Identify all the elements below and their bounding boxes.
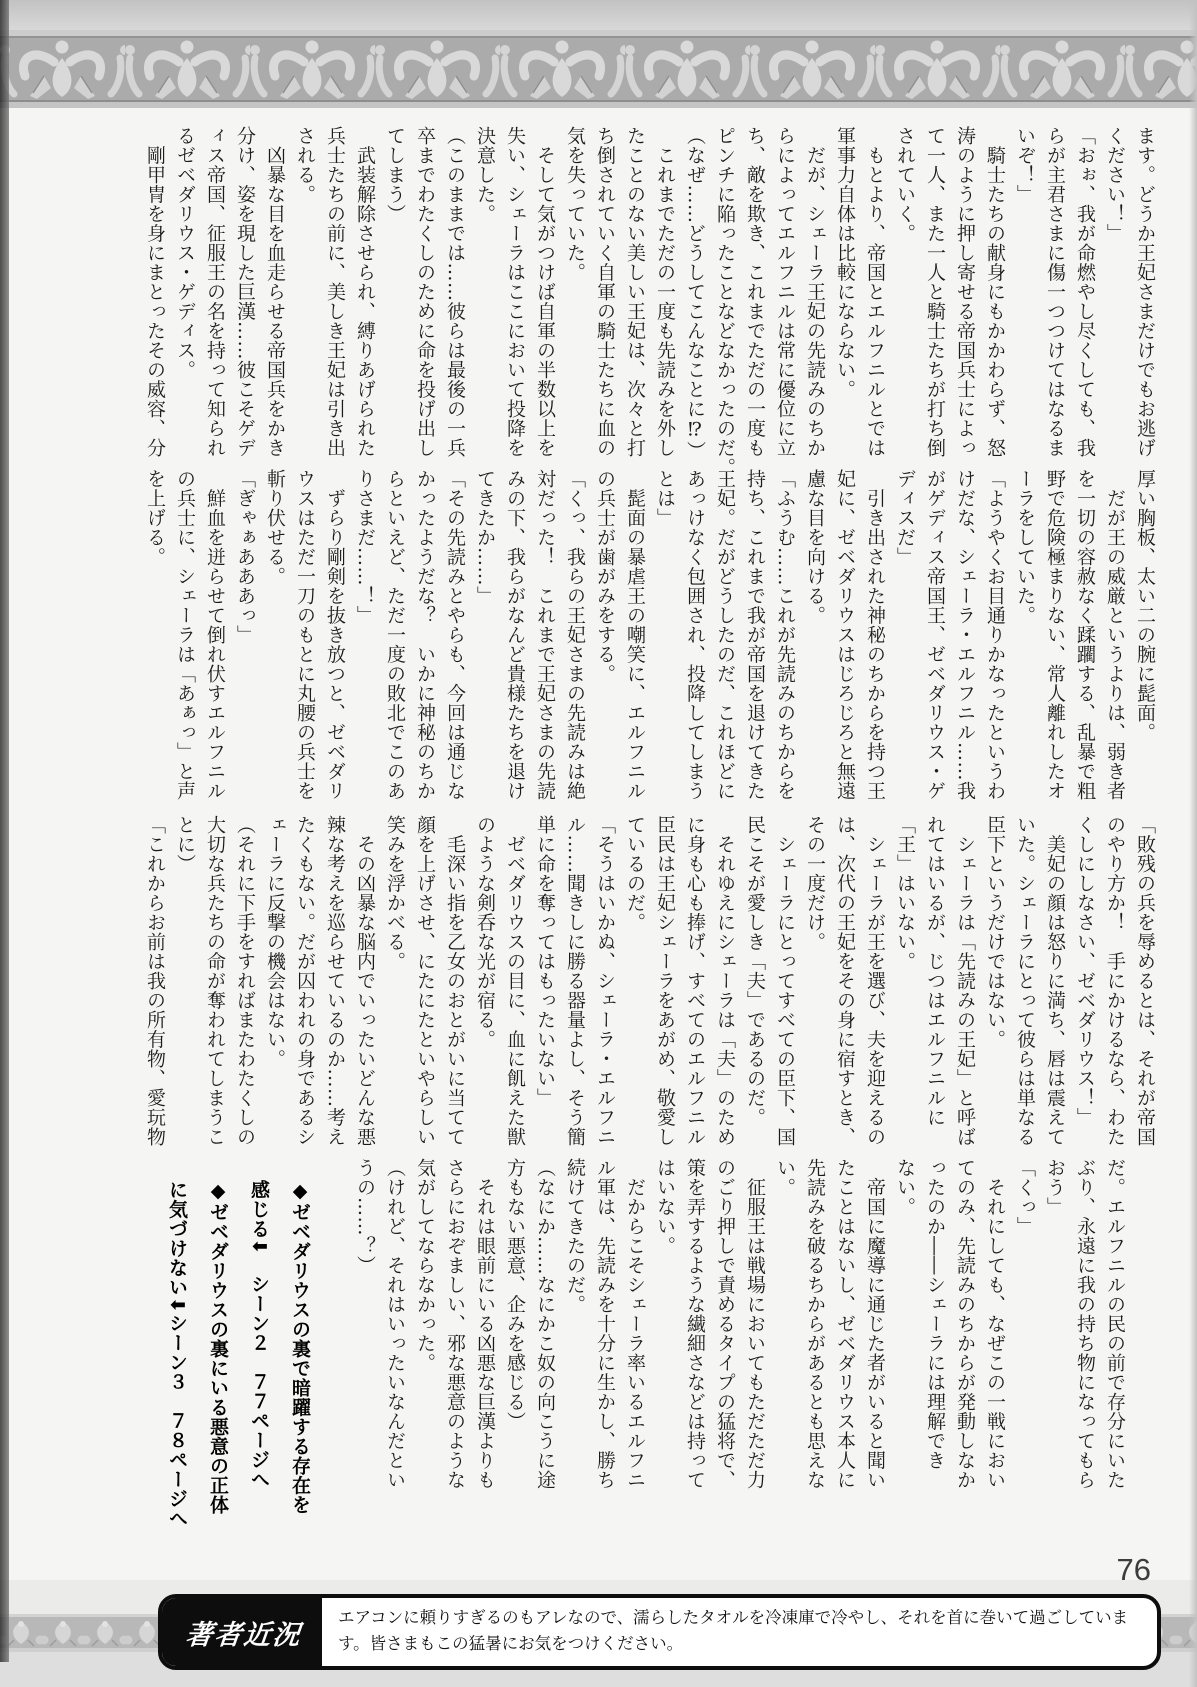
author-news-label: 著者近況 (162, 1598, 322, 1666)
story-text-block-3: 「敗残の兵を辱めるとは、それが帝国 のやり方か！ 手にかけるなら、わた くしにし… (140, 815, 1160, 1167)
scene-choice-links[interactable]: ◆ゼベダリウスの裏で暗躍する存在を 感じる⬇ シーン２ ７７ページへ ◆ゼベダリ… (156, 1158, 320, 1546)
story-text-block-2: 厚い胸板、太い二の腕に髭面。 だが王の威厳というよりは、弱き者 を一切の容赦なく… (140, 469, 1160, 821)
author-news-text: エアコンに頼りすぎるのもアレなので、濡らしたタオルを冷凍庫で冷やし、それを首に巻… (322, 1598, 1157, 1666)
author-news-box: 著者近況 エアコンに頼りすぎるのもアレなので、濡らしたタオルを冷凍庫で冷やし、そ… (158, 1594, 1161, 1670)
ornament-top-border (0, 30, 1197, 108)
story-text-block-4: だ。エルフニルの民の前で存分にいた ぶり、永遠に我の持ち物になってもら おう」 … (122, 1158, 1160, 1546)
left-page-edge-shadow (0, 0, 9, 1662)
story-text-block-4-body: だ。エルフニルの民の前で存分にいた ぶり、永遠に我の持ち物になってもら おう」 … (350, 1158, 1130, 1546)
top-margin-area (0, 0, 1197, 32)
right-page-edge-shadow (1189, 0, 1197, 1687)
book-page: ます。どうか王妃さまだけでもお逃げ ください！」 「おぉ、我が命燃やし尽くしても… (0, 0, 1197, 1687)
story-text-block-1: ます。どうか王妃さまだけでもお逃げ ください！」 「おぉ、我が命燃やし尽くしても… (140, 126, 1160, 478)
page-number: 76 (1117, 1552, 1151, 1588)
